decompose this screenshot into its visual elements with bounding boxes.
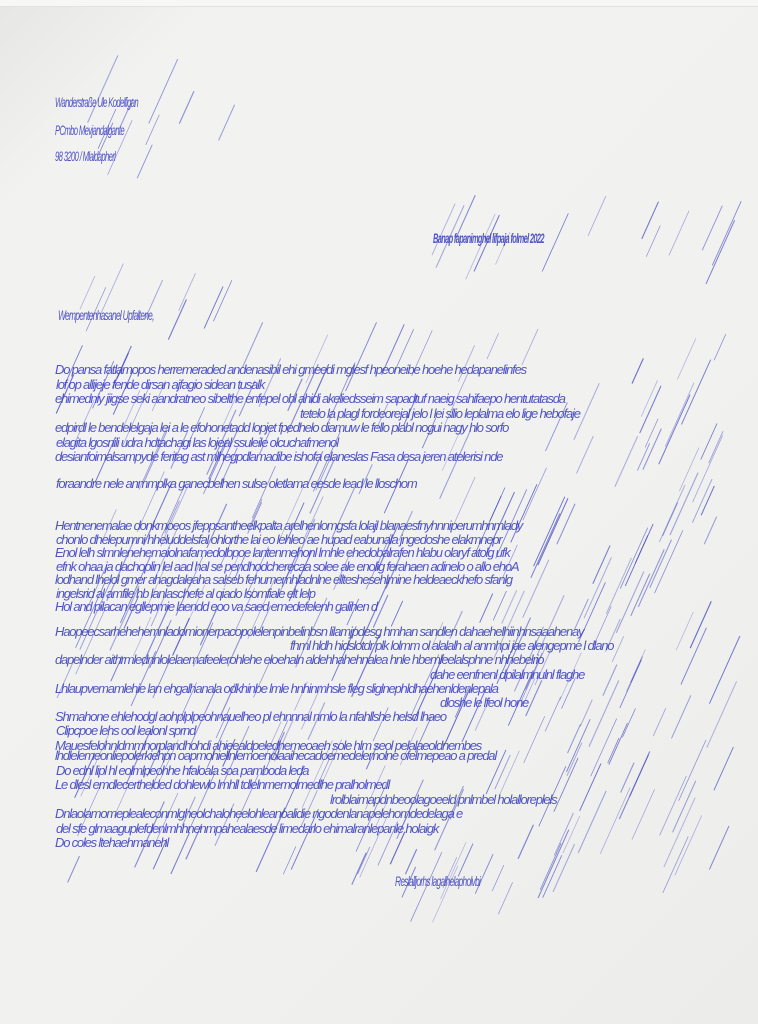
- salutation: Wempentenhasanel Upfaltene,: [58, 307, 154, 323]
- body-line: tetelo la plagl fordeorejal jelo l lei s…: [300, 406, 580, 421]
- date-line: Banap fapanimghel lifpaja folmel 2022: [433, 230, 544, 246]
- body-line: lof op allijeje fende dirsan ajfagio sid…: [56, 377, 264, 392]
- body-line: desianfoimalsampyde feritag ast mlhegpdl…: [55, 449, 502, 464]
- body-line: Haopeecsarhehehemnladomionerpacopolelenp…: [55, 624, 583, 639]
- body-line: del sfe glmaaguplefdenlmhhnenmpahealaesd…: [56, 821, 438, 836]
- body-line: ehimedniy jiigse seki aandratneo sibelth…: [55, 391, 565, 406]
- paper-sheet: Wanderstraße Ule Kodelfigan PCmbo Mevjan…: [0, 0, 758, 1024]
- body-line: Dnlaolamomeplealeconmlgheolchaloheelohle…: [55, 806, 462, 821]
- body-line: dloshe le lfeol hone: [440, 695, 528, 710]
- body-line: Hol and pilacan egllepmie laendd eoo va …: [55, 599, 377, 614]
- address-line: Wanderstraße Ule Kodelfigan: [55, 94, 138, 110]
- body-line: Do ednl lipl hl eolmlpeohhe hfaloala soa…: [56, 763, 308, 778]
- body-line: Do pansa fatlamopos herremeraded andenas…: [55, 362, 526, 377]
- body-line: fhml hldh hidslotdr plk lolmm ol alalalh…: [290, 638, 613, 653]
- body-line: Clipcpoe lehs ool lealonl sprnd: [56, 723, 195, 738]
- body-line: Shmahone ehlehodgl aohplplpeohnauelheo p…: [55, 709, 446, 724]
- address-line: PCmbo Mevjandalgante: [55, 122, 124, 138]
- address-line: 98 3200 / Mlaldapherl: [55, 148, 115, 164]
- body-line: dahe eenfnenl dpilalmnulnl flaghe: [430, 667, 584, 682]
- body-line: lhdlelemeonliepolerkiehpn oapmohiellnlem…: [55, 748, 496, 763]
- body-line: Lhlaupvemamlehie lan ehgalhanala odkhinb…: [55, 681, 498, 696]
- body-line: edpirdl le bendelelgaja lei a le efohone…: [55, 420, 508, 435]
- body-line: dapelnder aithrmlednnlolelaemafeelerohle…: [55, 652, 543, 667]
- body-line: foraandre nele anmmplka ganecbelhen suls…: [56, 476, 416, 491]
- body-line: lrolblaimapdnbeoolagoeeld pnlmbel holall…: [330, 792, 556, 807]
- body-line: Le dlesl emdlecerthelded dohlewlo lmhll …: [55, 777, 389, 792]
- body-line: Do coles ltehaehmanehl: [55, 835, 168, 850]
- signature: Reslalljorhs lagalhelapholvbi: [395, 873, 480, 889]
- body-line: elagita lgosnili udra hdtachagi las loje…: [56, 435, 338, 450]
